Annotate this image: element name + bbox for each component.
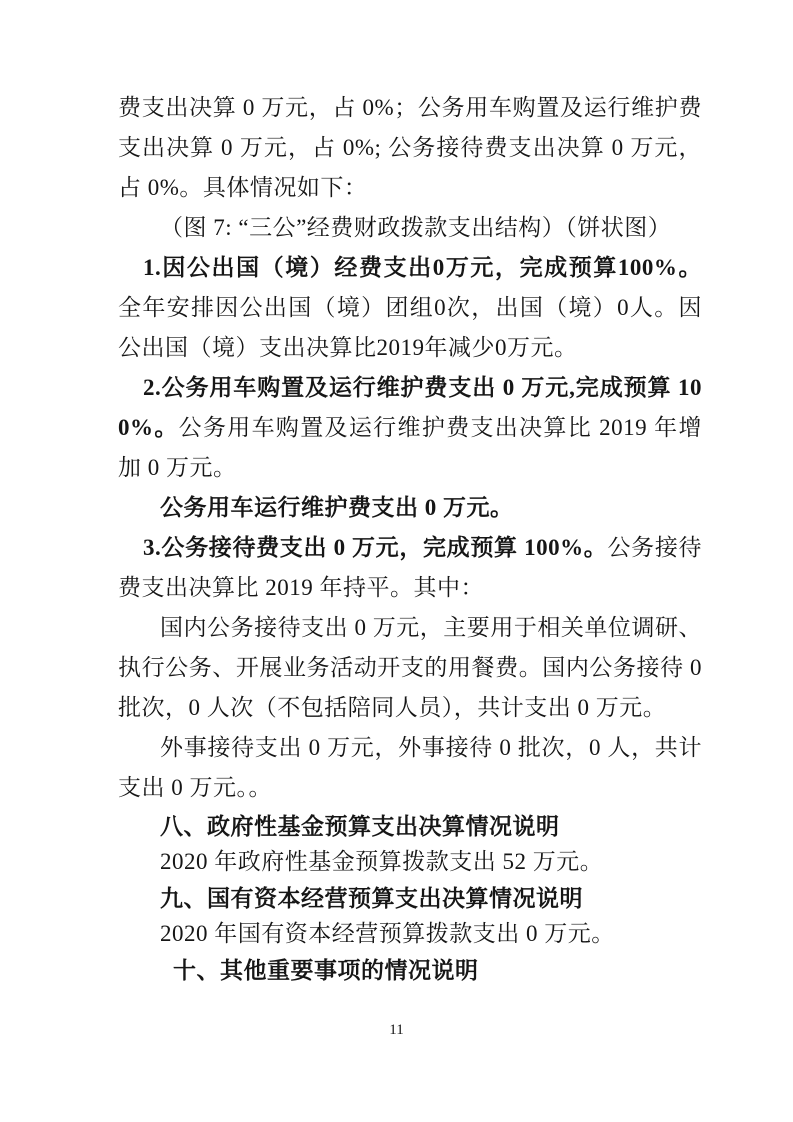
section-9-body: 2020 年国有资本经营预算拨款支出 0 万元。 [118,916,702,952]
paragraph-domestic-reception: 国内公务接待支出 0 万元，主要用于相关单位调研、执行公务、开展业务活动开支的用… [118,608,702,728]
section-8-body: 2020 年政府性基金预算拨款支出 52 万元。 [118,844,702,880]
vehicle-maintenance-note: 公务用车运行维护费支出 0 万元。 [118,488,702,528]
bottom-sections: 八、政府性基金预算支出决算情况说明 2020 年政府性基金预算拨款支出 52 万… [118,808,702,988]
paragraph-continuation: 费支出决算 0 万元，占 0%；公务用车购置及运行维护费支出决算 0 万元，占 … [118,88,702,208]
document-page: 费支出决算 0 万元，占 0%；公务用车购置及运行维护费支出决算 0 万元，占 … [0,0,793,1122]
paragraph-item-3: 3.公务接待费支出 0 万元，完成预算 100%。公务接待费支出决算比 2019… [118,528,702,608]
item-3-bold-lead: 3.公务接待费支出 0 万元，完成预算 100%。 [143,535,607,560]
paragraph-item-2: 2.公务用车购置及运行维护费支出 0 万元,完成预算 100%。公务用车购置及运… [118,368,702,488]
section-10-heading: 十、其他重要事项的情况说明 [118,952,702,988]
section-9-heading: 九、国有资本经营预算支出决算情况说明 [118,880,702,916]
paragraph-item-1: 1.因公出国（境）经费支出0万元，完成预算100%。全年安排因公出国（境）团组0… [118,248,702,368]
paragraph-foreign-reception: 外事接待支出 0 万元，外事接待 0 批次，0 人，共计支出 0 万元。。 [118,728,702,808]
page-number: 11 [0,1022,793,1039]
figure-caption: （图 7: “三公”经费财政拨款支出结构）（饼状图） [118,208,702,248]
item-1-body: 全年安排因公出国（境）团组0次，出国（境）0人。因公出国（境）支出决算比2019… [118,295,702,360]
item-2-body: 公务用车购置及运行维护费支出决算比 2019 年增加 0 万元。 [118,415,702,480]
section-8-heading: 八、政府性基金预算支出决算情况说明 [118,808,702,844]
page-body: 费支出决算 0 万元，占 0%；公务用车购置及运行维护费支出决算 0 万元，占 … [118,88,702,988]
item-1-bold-lead: 1.因公出国（境）经费支出0万元，完成预算100%。 [143,255,702,280]
